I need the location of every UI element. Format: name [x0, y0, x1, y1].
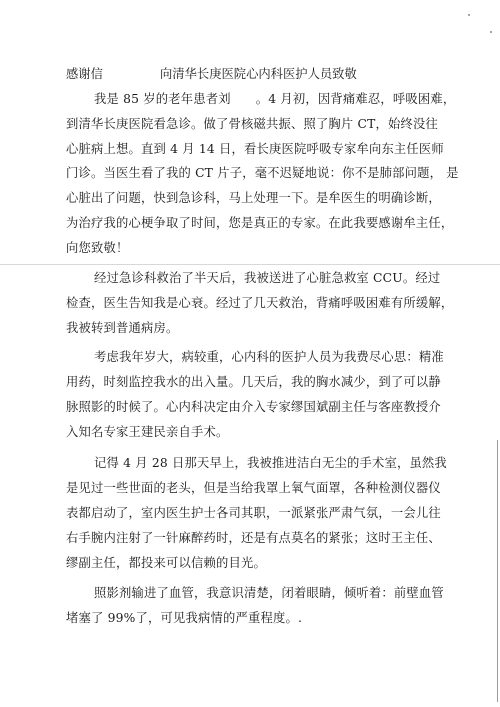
page-fold-line [0, 264, 500, 265]
paragraph-1-line-7: 向您致敬！ [66, 240, 129, 256]
paragraph-4-line-4: 右手腕内注射了一针麻醉药时，还是有点莫名的紧张；这时王主任、 [66, 530, 441, 546]
scan-speck [490, 31, 492, 33]
paragraph-1-line-5: 心脏出了问题，快到急诊科，马上处理一下。是牟医生的明确诊断， [66, 190, 441, 206]
paragraph-4-line-2: 是见过一些世面的老头，但是当给我罩上氧气面罩，各种检测仪器仪 [66, 480, 441, 496]
scan-speck [468, 14, 470, 16]
paragraph-1-line-1: 我是 85 岁的老年患者刘 。4 月初，因背痛难忍，呼吸困难， [94, 91, 455, 107]
paragraph-1-line-4: 门诊。当医生看了我的 CT 片子，毫不迟疑地说：你不是肺部问题， 是 [66, 165, 459, 181]
paragraph-2-line-3: 我被转到普通病房。 [66, 320, 178, 336]
letter-subtitle: 向清华长庚医院心内科医护人员致敬 [160, 66, 357, 82]
paragraph-3-line-3: 脉照影的时候了。心内科决定由介入专家缪国斌副主任与客座教授介 [66, 399, 441, 415]
paragraph-1-line-2: 到清华长庚医院看急诊。做了骨核磁共振、照了胸片 CT，始终没往 [66, 116, 438, 132]
letter-title: 感谢信 [66, 66, 103, 82]
scan-edge-line [497, 440, 498, 702]
paragraph-5-line-2: 堵塞了 99%了，可见我病情的严重程度。. [66, 610, 302, 626]
paragraph-4-line-3: 表都启动了，室内医生护士各司其职，一派紧张严肃气氛，一会儿往 [66, 505, 441, 521]
paragraph-3-line-2: 用药，时刻监控我水的出入量。几天后，我的胸水减少，到了可以静 [66, 374, 441, 390]
paragraph-4-line-1: 记得 4 月 28 日那天早上，我被推进洁白无尘的手术室，虽然我 [94, 455, 447, 471]
paragraph-1-line-3: 心脏病上想。直到 4 月 14 日，看长庚医院呼吸专家牟向东主任医师 [66, 141, 444, 157]
paragraph-5-line-1: 照影剂输进了血管，我意识清楚，闭着眼睛，倾听着：前壁血管 [94, 585, 444, 601]
paragraph-2-line-2: 检查，医生告知我是心衰。经过了几天救治，背痛呼吸困难有所缓解， [66, 295, 453, 311]
paragraph-3-line-1: 考虑我年岁大，病较重，心内科的医护人员为我费尽心思：精准 [94, 349, 444, 365]
paragraph-2-line-1: 经过急诊科救治了半天后，我被送进了心脏急救室 CCU。经过 [94, 270, 440, 286]
paragraph-4-line-5: 缪副主任，都投来可以信赖的目光。 [66, 555, 266, 571]
paragraph-3-line-4: 入知名专家王建民亲自手术。 [66, 424, 228, 440]
scanned-letter-page: 感谢信 向清华长庚医院心内科医护人员致敬 我是 85 岁的老年患者刘 。4 月初… [0, 0, 500, 707]
paragraph-1-line-6: 为治疗我的心梗争取了时间，您是真正的专家。在此我要感谢牟主任， [66, 215, 453, 231]
